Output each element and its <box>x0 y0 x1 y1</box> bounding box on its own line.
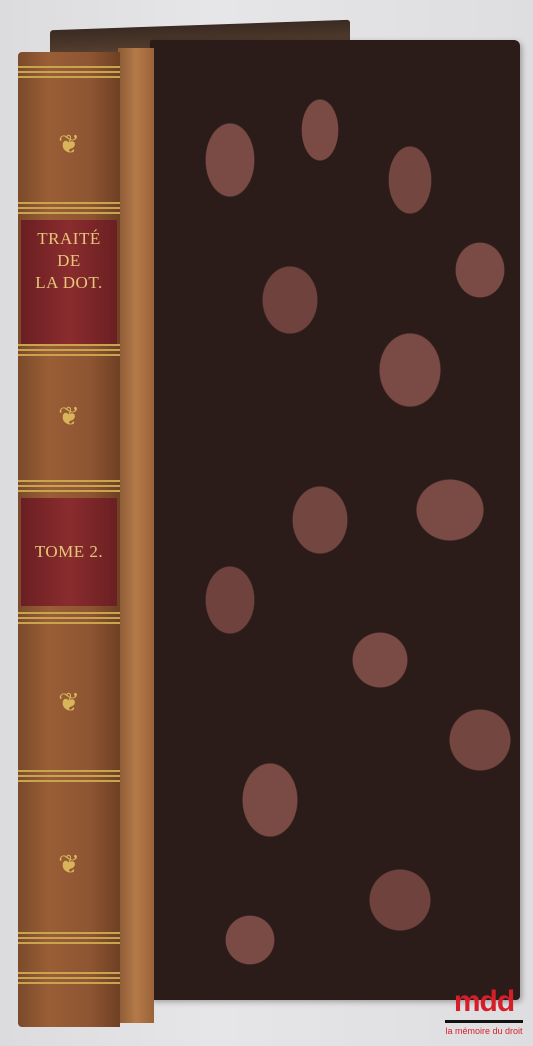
title-label: TRAITÉ DE LA DOT. <box>21 220 117 346</box>
title-line: TRAITÉ <box>21 228 117 250</box>
gilt-ornament-icon: ❦ <box>40 690 98 716</box>
spine-joint <box>118 48 154 1023</box>
gilt-band <box>18 480 120 494</box>
mdd-logo: mdd la mémoire du droit <box>443 987 525 1036</box>
gilt-band <box>18 770 120 784</box>
book-spine: ❦ TRAITÉ DE LA DOT. ❦ TOME 2. ❦ ❦ <box>18 52 120 1027</box>
gilt-band <box>18 344 120 358</box>
title-line: DE <box>21 250 117 272</box>
book-photo: ❦ TRAITÉ DE LA DOT. ❦ TOME 2. ❦ ❦ <box>0 0 533 1046</box>
gilt-band <box>18 66 120 80</box>
volume-label: TOME 2. <box>21 498 117 606</box>
logo-rule <box>445 1020 523 1023</box>
gilt-band <box>18 932 120 946</box>
gilt-band <box>18 612 120 626</box>
gilt-ornament-icon: ❦ <box>40 132 98 158</box>
gilt-ornament-icon: ❦ <box>40 852 98 878</box>
title-line: LA DOT. <box>21 272 117 294</box>
marbled-cover <box>150 40 520 1000</box>
logo-mark: mdd <box>443 987 525 1017</box>
gilt-band <box>18 972 120 986</box>
gilt-band <box>18 202 120 216</box>
logo-tagline: la mémoire du droit <box>443 1026 525 1036</box>
gilt-ornament-icon: ❦ <box>40 404 98 430</box>
